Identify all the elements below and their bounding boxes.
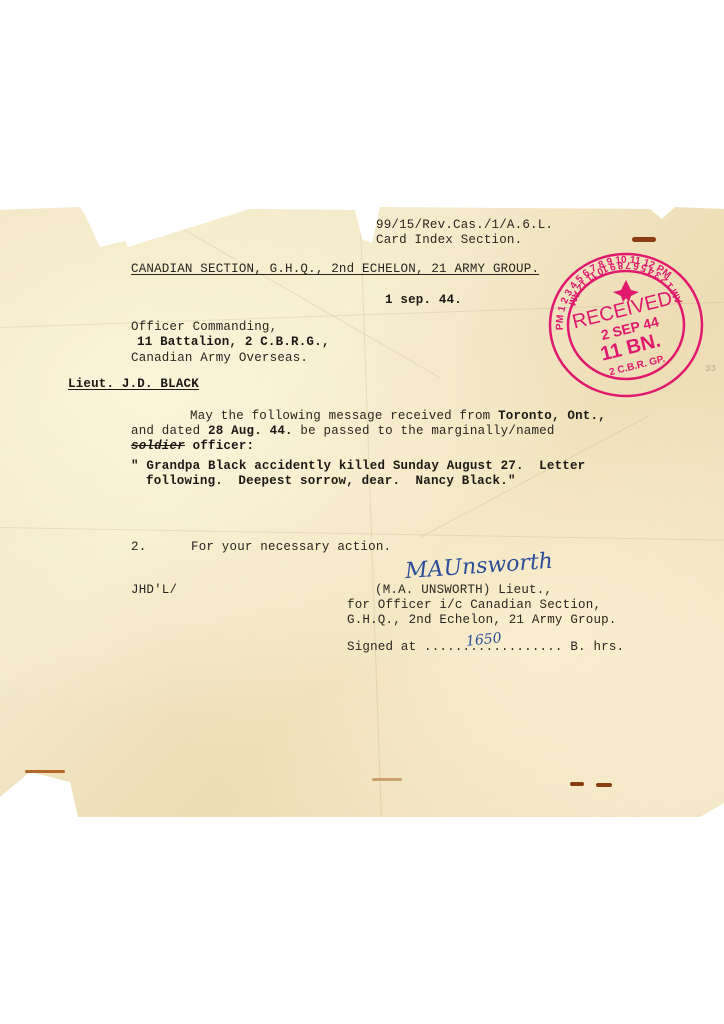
addressee-line-1: Officer Commanding,: [131, 320, 277, 334]
staple-rust-mark: [596, 783, 612, 787]
message-line-2: following. Deepest sorrow, dear. Nancy B…: [146, 474, 516, 488]
signatory-line-2: for Officer i/c Canadian Section,: [347, 598, 601, 612]
addressee-line-3: Canadian Army Overseas.: [131, 351, 308, 365]
hours-label: B. hrs.: [563, 640, 625, 654]
paragraph-number: 2.: [131, 540, 146, 554]
signatory-line-3: G.H.Q., 2nd Echelon, 21 Army Group.: [347, 613, 617, 627]
body-line-3: soldier officer:: [131, 439, 254, 453]
message-date: 28 Aug. 44.: [208, 424, 293, 438]
addressee-line-2: 11 Battalion, 2 C.B.R.G.,: [137, 335, 330, 349]
signatory-line-1: (M.A. UNSWORTH) Lieut.,: [375, 583, 552, 597]
crease: [360, 207, 382, 817]
signed-at-label: Signed at: [347, 640, 424, 654]
paragraph-2-text: For your necessary action.: [191, 540, 391, 554]
body-text: and dated: [131, 424, 208, 438]
struck-word: soldier: [131, 439, 185, 453]
origin-place: Toronto, Ont.,: [498, 409, 606, 423]
body-text: May the following message received from: [190, 409, 498, 423]
body-line-1: May the following message received from …: [190, 409, 606, 423]
staple-rust-mark: [632, 237, 656, 242]
crease: [0, 527, 724, 541]
body-text: officer:: [185, 439, 254, 453]
body-line-2: and dated 28 Aug. 44. be passed to the m…: [131, 424, 555, 438]
received-stamp: PM 1 2 3 4 5 6 7 8 9 10 11 12 PM AM 1 2 …: [547, 250, 705, 398]
margin-name: Lieut. J.D. BLACK: [68, 377, 199, 391]
margin-mark: 33: [705, 364, 716, 374]
rust-stain: [25, 770, 65, 773]
body-text: be passed to the marginally/named: [293, 424, 555, 438]
staple-rust-mark: [570, 782, 584, 786]
card-index-section: Card Index Section.: [376, 233, 522, 247]
message-line-1: " Grandpa Black accidently killed Sunday…: [131, 459, 585, 473]
letter-date: 1 sep. 44.: [385, 293, 462, 307]
typist-initials: JHD'L/: [131, 583, 177, 597]
letterhead: CANADIAN SECTION, G.H.Q., 2nd ECHELON, 2…: [131, 262, 539, 276]
reference-number: 99/15/Rev.Cas./1/A.6.L.: [376, 218, 553, 232]
staple-hole-mark: [372, 778, 402, 781]
